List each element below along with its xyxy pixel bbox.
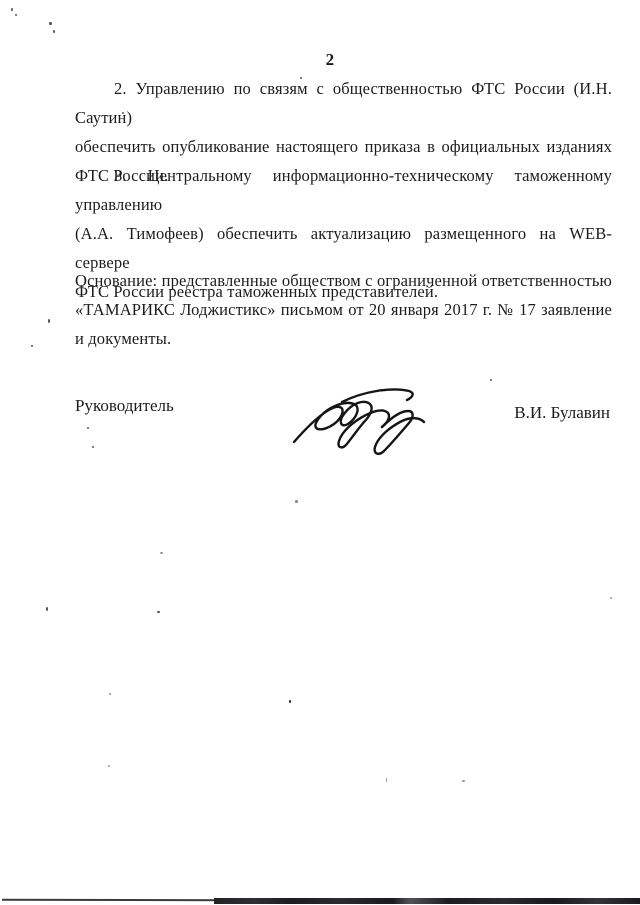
signer-name: В.И. Булавин [514, 403, 610, 423]
scan-speck [109, 693, 111, 695]
scan-speck [53, 30, 55, 33]
paragraph-basis: Основание: представленные обществом с ог… [75, 266, 612, 353]
scan-speck [295, 500, 298, 503]
document-page: 2 2. Управлению по связям с общественнос… [0, 0, 640, 905]
paragraph-basis-line-1: Основание: представленные обществом с ог… [75, 266, 612, 295]
scan-speck [300, 77, 302, 79]
scan-speck [48, 319, 50, 323]
scan-speck [15, 14, 17, 16]
scan-speck [548, 86, 550, 88]
scan-speck [31, 345, 33, 347]
handwritten-signature [286, 384, 436, 460]
scan-speck [289, 700, 291, 703]
scan-speck [46, 607, 48, 611]
paragraph-2-line-1: 2. Управлению по связям с общественность… [75, 74, 612, 132]
page-number: 2 [300, 50, 360, 70]
paragraph-basis-line-3: и документы. [75, 324, 612, 353]
scan-speck [490, 379, 492, 381]
scan-edge-line [2, 899, 234, 901]
scan-speck [49, 22, 52, 25]
paragraph-3-line-1: 3. Центральному информационно-техническо… [75, 161, 612, 219]
scan-speck [157, 611, 160, 613]
paragraph-2-line-2: обеспечить опубликование настоящего прик… [75, 132, 612, 161]
scan-speck [92, 446, 94, 448]
scan-speck [462, 780, 465, 782]
scan-speck [108, 765, 110, 767]
scan-speck [386, 778, 387, 782]
scan-speck [87, 427, 89, 429]
scan-edge-band [214, 898, 640, 904]
paragraph-basis-line-2: «ТАМАРИКС Лоджистикс» письмом от 20 янва… [75, 295, 612, 324]
signer-title: Руководитель [75, 396, 174, 416]
scan-speck [11, 8, 13, 11]
scan-speck [122, 112, 124, 114]
scan-speck [610, 597, 612, 599]
scan-edge-artifact [0, 893, 640, 905]
scan-speck [160, 552, 163, 554]
